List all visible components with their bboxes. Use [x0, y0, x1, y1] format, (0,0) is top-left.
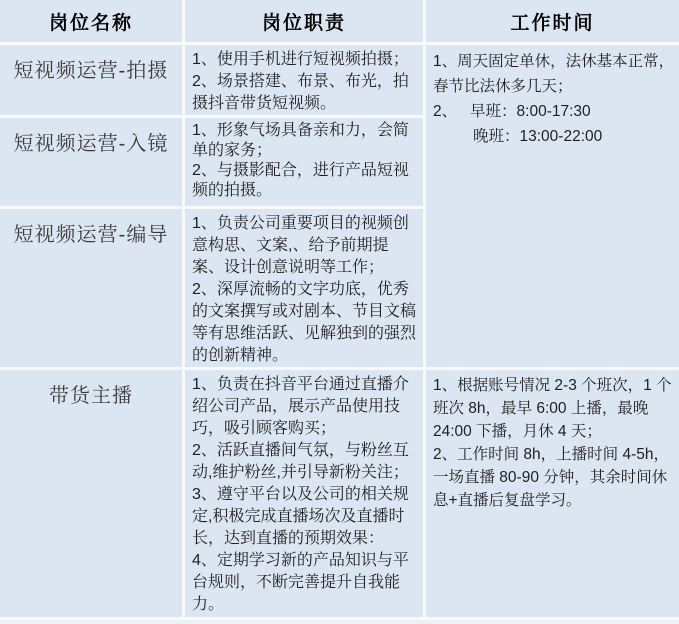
schedule-line: 1、根据账号情况 2-3 个班次，1 个班次 8h，最早 6:00 上播，最晚 … [433, 374, 675, 443]
position-cell-shooting: 短视频运营-拍摄 [0, 45, 182, 115]
duties-cell-director: 1、负责公司重要项目的视频创意构思、文案,、给予前期提案、设计创意说明等工作； … [185, 209, 423, 367]
duty-item: 2、场景搭建、布景、布光，拍摄抖音带货短视频。 [192, 71, 419, 115]
duty-item: 4、定期学习新的产品知识与平台规则，不断完善提升自我能力。 [192, 550, 419, 616]
column-header-hours: 工作时间 [426, 0, 679, 42]
duty-item: 1、使用手机进行短视频拍摄； [192, 49, 419, 71]
table-bottom-strip [0, 620, 679, 624]
duty-item: 1、负责公司重要项目的视频创意构思、文案,、给予前期提案、设计创意说明等工作； [192, 213, 419, 279]
duty-item: 2、与摄影配合，进行产品短视频的拍摄。 [192, 161, 419, 201]
job-postings-table: 岗位名称 岗位职责 工作时间 短视频运营-拍摄 1、使用手机进行短视频拍摄； 2… [0, 0, 679, 624]
duties-cell-on-camera: 1、形象气场具备亲和力，会简单的家务； 2、与摄影配合，进行产品短视频的拍摄。 [185, 118, 423, 206]
table-grid: 岗位名称 岗位职责 工作时间 短视频运营-拍摄 1、使用手机进行短视频拍摄； 2… [0, 0, 679, 617]
duty-item: 1、形象气场具备亲和力，会简单的家务； [192, 121, 419, 161]
schedule-line: 2、工作时间 8h，上播时间 4-5h，一场直播 80-90 分钟，其余时间休息… [433, 443, 675, 512]
column-header-position: 岗位名称 [0, 0, 182, 42]
schedule-cell-livestream-host: 1、根据账号情况 2-3 个班次，1 个班次 8h，最早 6:00 上播，最晚 … [426, 370, 679, 617]
position-cell-on-camera: 短视频运营-入镜 [0, 118, 182, 206]
schedule-cell-rows-1-3: 1、周天固定单休，法休基本正常，春节比法休多几天； 2、 早班：8:00-17:… [426, 45, 679, 367]
schedule-line: 1、周天固定单休，法休基本正常，春节比法休多几天； [433, 49, 675, 99]
duties-cell-shooting: 1、使用手机进行短视频拍摄； 2、场景搭建、布景、布光，拍摄抖音带货短视频。 [185, 45, 423, 115]
position-cell-livestream-host: 带货主播 [0, 370, 182, 617]
schedule-line-morning-shift: 2、 早班：8:00-17:30 [433, 99, 675, 124]
duty-item: 1、负责在抖音平台通过直播介绍公司产品，展示产品使用技巧，吸引顾客购买； [192, 374, 419, 440]
position-cell-director: 短视频运营-编导 [0, 209, 182, 367]
duty-item: 2、活跃直播间气氛，与粉丝互动,维护粉丝,并引导新粉关注； [192, 440, 419, 484]
duties-cell-livestream-host: 1、负责在抖音平台通过直播介绍公司产品，展示产品使用技巧，吸引顾客购买； 2、活… [185, 370, 423, 617]
schedule-line-evening-shift: 晚班：13:00-22:00 [433, 124, 675, 149]
duty-item: 3、遵守平台以及公司的相关规定,积极完成直播场次及直播时长，达到直播的预期效果： [192, 484, 419, 550]
duty-item: 2、深厚流畅的文字功底，优秀的文案撰写或对剧本、节目文稿等有思维活跃、见解独到的… [192, 279, 419, 367]
column-header-duties: 岗位职责 [185, 0, 423, 42]
